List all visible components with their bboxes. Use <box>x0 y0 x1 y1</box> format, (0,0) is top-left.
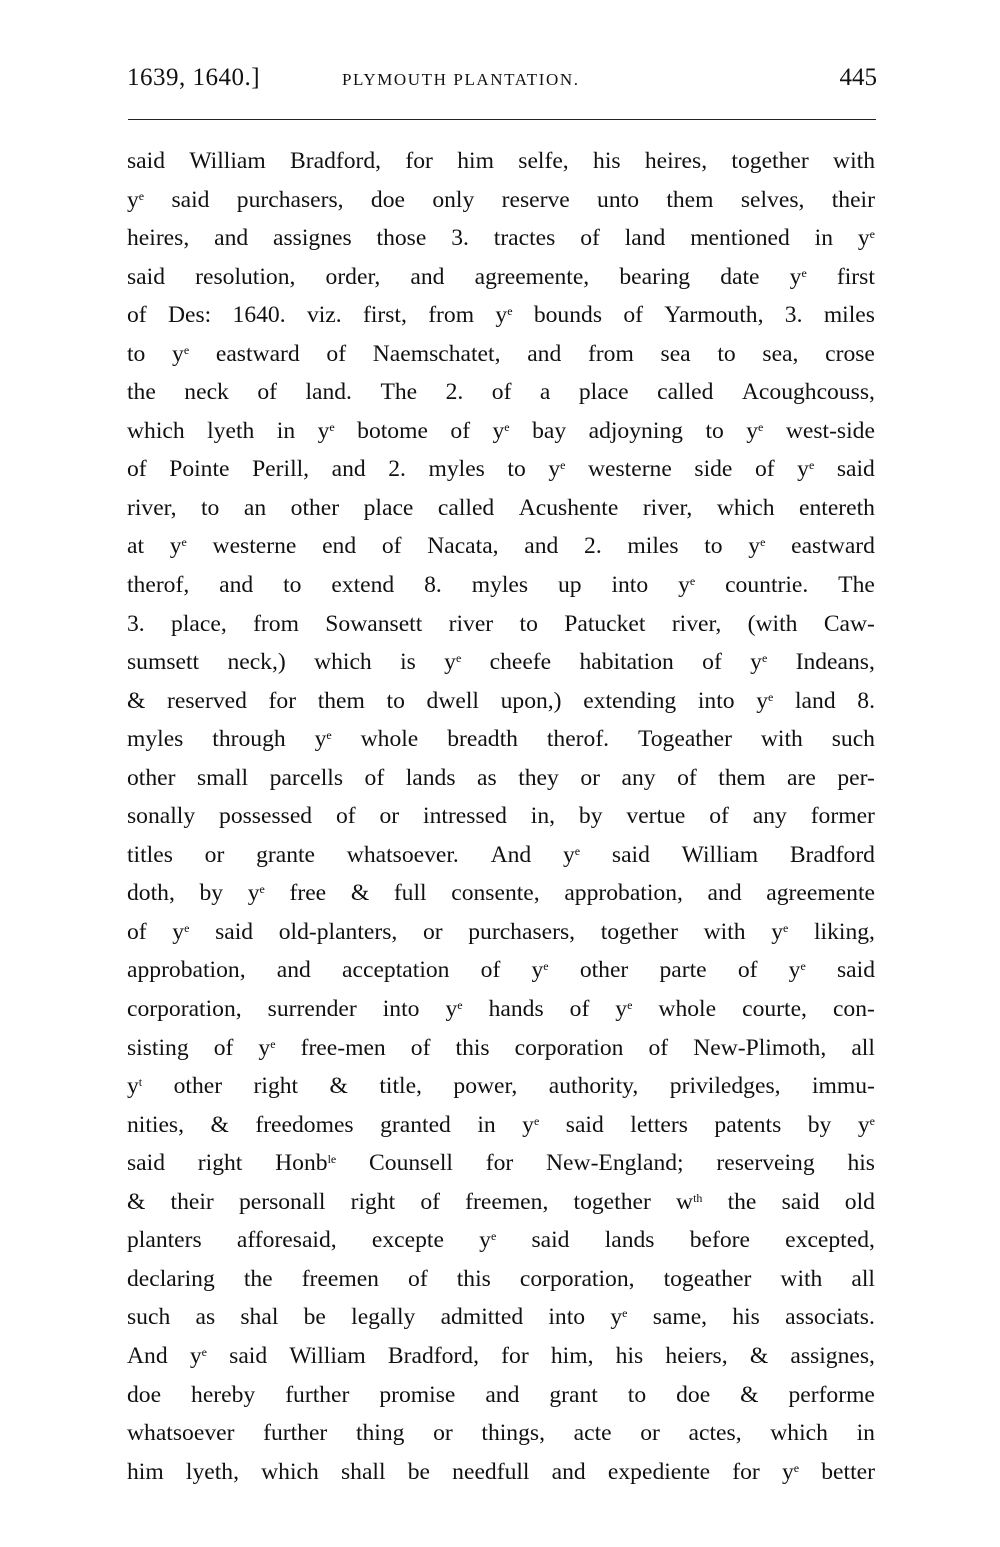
text-line: corporation,surrenderintoyehandsofyewhol… <box>127 990 875 1029</box>
text-line: saidWilliamBradford,forhimselfe,hisheire… <box>127 142 875 181</box>
text-line: &reservedforthemtodwellupon,)extendingin… <box>127 682 875 721</box>
page-number: 445 <box>840 64 878 92</box>
text-line: approbation,andacceptationofyeotherparte… <box>127 951 875 990</box>
text-line: himlyeth,whichshallbeneedfullandexpedien… <box>127 1453 875 1492</box>
text-line: saidresolution,order,andagreemente,beari… <box>127 258 875 297</box>
body-text: saidWilliamBradford,forhimselfe,hisheire… <box>127 142 875 1491</box>
text-line: declaringthefreemenofthiscorporation,tog… <box>127 1260 875 1299</box>
text-line: saidrightHonbleCounsellforNew-England;re… <box>127 1144 875 1183</box>
text-line: heires,andassignesthose3.tractesoflandme… <box>127 219 875 258</box>
text-line: toyeeastwardofNaemschatet,andfromseatose… <box>127 335 875 374</box>
text-line: titlesorgrantewhatsoever.AndyesaidWillia… <box>127 836 875 875</box>
text-line: suchasshalbelegallyadmittedintoyesame,hi… <box>127 1298 875 1337</box>
text-line: nities,&freedomesgrantedinyesaidlettersp… <box>127 1106 875 1145</box>
text-line: othersmallparcellsoflandsastheyoranyofth… <box>127 759 875 798</box>
text-line: therof,andtoextend8.mylesupintoyecountri… <box>127 566 875 605</box>
text-line: AndyesaidWilliamBradford,forhim,hisheier… <box>127 1337 875 1376</box>
text-line: sistingofyefree-menofthiscorporationofNe… <box>127 1029 875 1068</box>
text-line: atyewesterneendofNacata,and2.milestoyeea… <box>127 527 875 566</box>
text-line: river,toanotherplacecalledAcushenteriver… <box>127 489 875 528</box>
text-line: mylesthroughyewholebreadththerof.Togeath… <box>127 720 875 759</box>
header-years: 1639, 1640.] <box>127 64 260 92</box>
text-line: yesaidpurchasers,doeonlyreserveuntothems… <box>127 181 875 220</box>
text-line: ytotherright&title,power,authority,privi… <box>127 1067 875 1106</box>
text-line: 3.place,fromSowansettrivertoPatucketrive… <box>127 605 875 644</box>
text-line: whichlyethinyebotomeofyebayadjoyningtoye… <box>127 412 875 451</box>
text-line: doeherebyfurtherpromiseandgranttodoe&per… <box>127 1376 875 1415</box>
text-line: ofPointePerill,and2.mylestoyewesternesid… <box>127 450 875 489</box>
running-header: 1639, 1640.] PLYMOUTH PLANTATION. 445 <box>127 64 877 104</box>
text-line: plantersafforesaid,excepteyesaidlandsbef… <box>127 1221 875 1260</box>
running-title: PLYMOUTH PLANTATION. <box>342 70 580 90</box>
text-line: sonallypossessedoforintressedin,byvertue… <box>127 797 875 836</box>
text-line: ofyesaidold-planters,orpurchasers,togeth… <box>127 913 875 952</box>
text-line: ofDes:1640.viz.first,fromyeboundsofYarmo… <box>127 296 875 335</box>
text-line: sumsettneck,)whichisyecheefehabitationof… <box>127 643 875 682</box>
text-line: &theirpersonallrightoffreemen,togetherwt… <box>127 1183 875 1222</box>
text-line: doth,byyefree&fullconsente,approbation,a… <box>127 874 875 913</box>
text-line: whatsoeverfurtherthingorthings,acteoract… <box>127 1414 875 1453</box>
text-line: theneckofland.The2.ofaplacecalledAcoughc… <box>127 373 875 412</box>
header-rule <box>128 119 876 120</box>
